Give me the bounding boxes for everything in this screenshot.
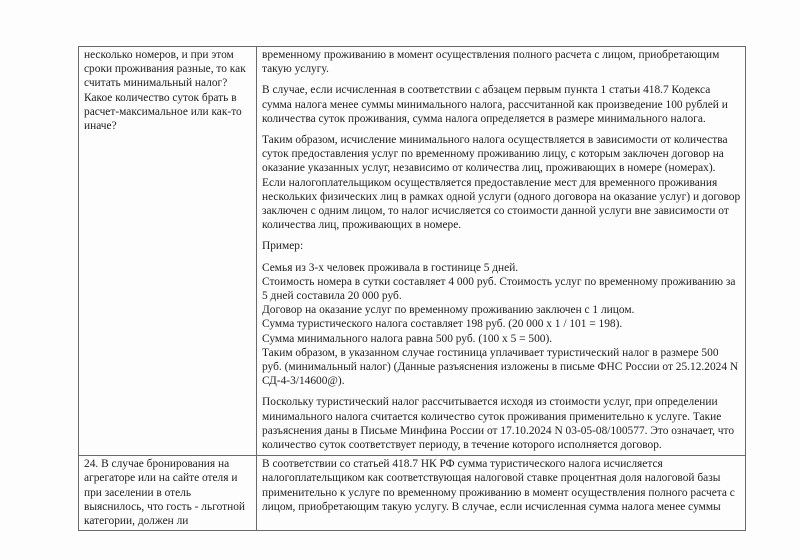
table-row: 24. В случае бронирования на агрегаторе … <box>79 456 746 531</box>
example-line: Семья из 3-х человек проживала в гостини… <box>262 261 741 275</box>
question-cell: 24. В случае бронирования на агрегаторе … <box>79 456 257 531</box>
example-line: Договор на оказание услуг по временному … <box>262 303 741 317</box>
question-text: 24. В случае бронирования на агрегаторе … <box>84 457 252 528</box>
answer-paragraph: В случае, если исчисленная в соответстви… <box>262 83 741 126</box>
example-line: Сумма туристического налога составляет 1… <box>262 317 741 331</box>
example-line: Сумма минимального налога равна 500 руб.… <box>262 332 741 346</box>
answer-cell: временному проживанию в момент осуществл… <box>257 47 746 456</box>
faq-table: несколько номеров, и при этом сроки прож… <box>78 46 746 531</box>
answer-paragraph: Поскольку туристический налог рассчитыва… <box>262 395 741 452</box>
question-text: несколько номеров, и при этом сроки прож… <box>84 48 252 133</box>
example-line: Таким образом, в указанном случае гостин… <box>262 346 741 389</box>
example-line: Стоимость номера в сутки составляет 4 00… <box>262 275 741 303</box>
example-label: Пример: <box>262 239 741 253</box>
answer-paragraph: временному проживанию в момент осуществл… <box>262 48 741 76</box>
answer-paragraph: Таким образом, исчисление минимального н… <box>262 133 741 176</box>
example-block: Семья из 3-х человек проживала в гостини… <box>262 261 741 389</box>
answer-paragraph: Если налогоплательщиком осуществляется п… <box>262 176 741 233</box>
answer-cell: В соответствии со статьей 418.7 НК РФ су… <box>257 456 746 531</box>
answer-text: В соответствии со статьей 418.7 НК РФ су… <box>262 457 741 514</box>
table-row: несколько номеров, и при этом сроки прож… <box>79 47 746 456</box>
question-cell: несколько номеров, и при этом сроки прож… <box>79 47 257 456</box>
